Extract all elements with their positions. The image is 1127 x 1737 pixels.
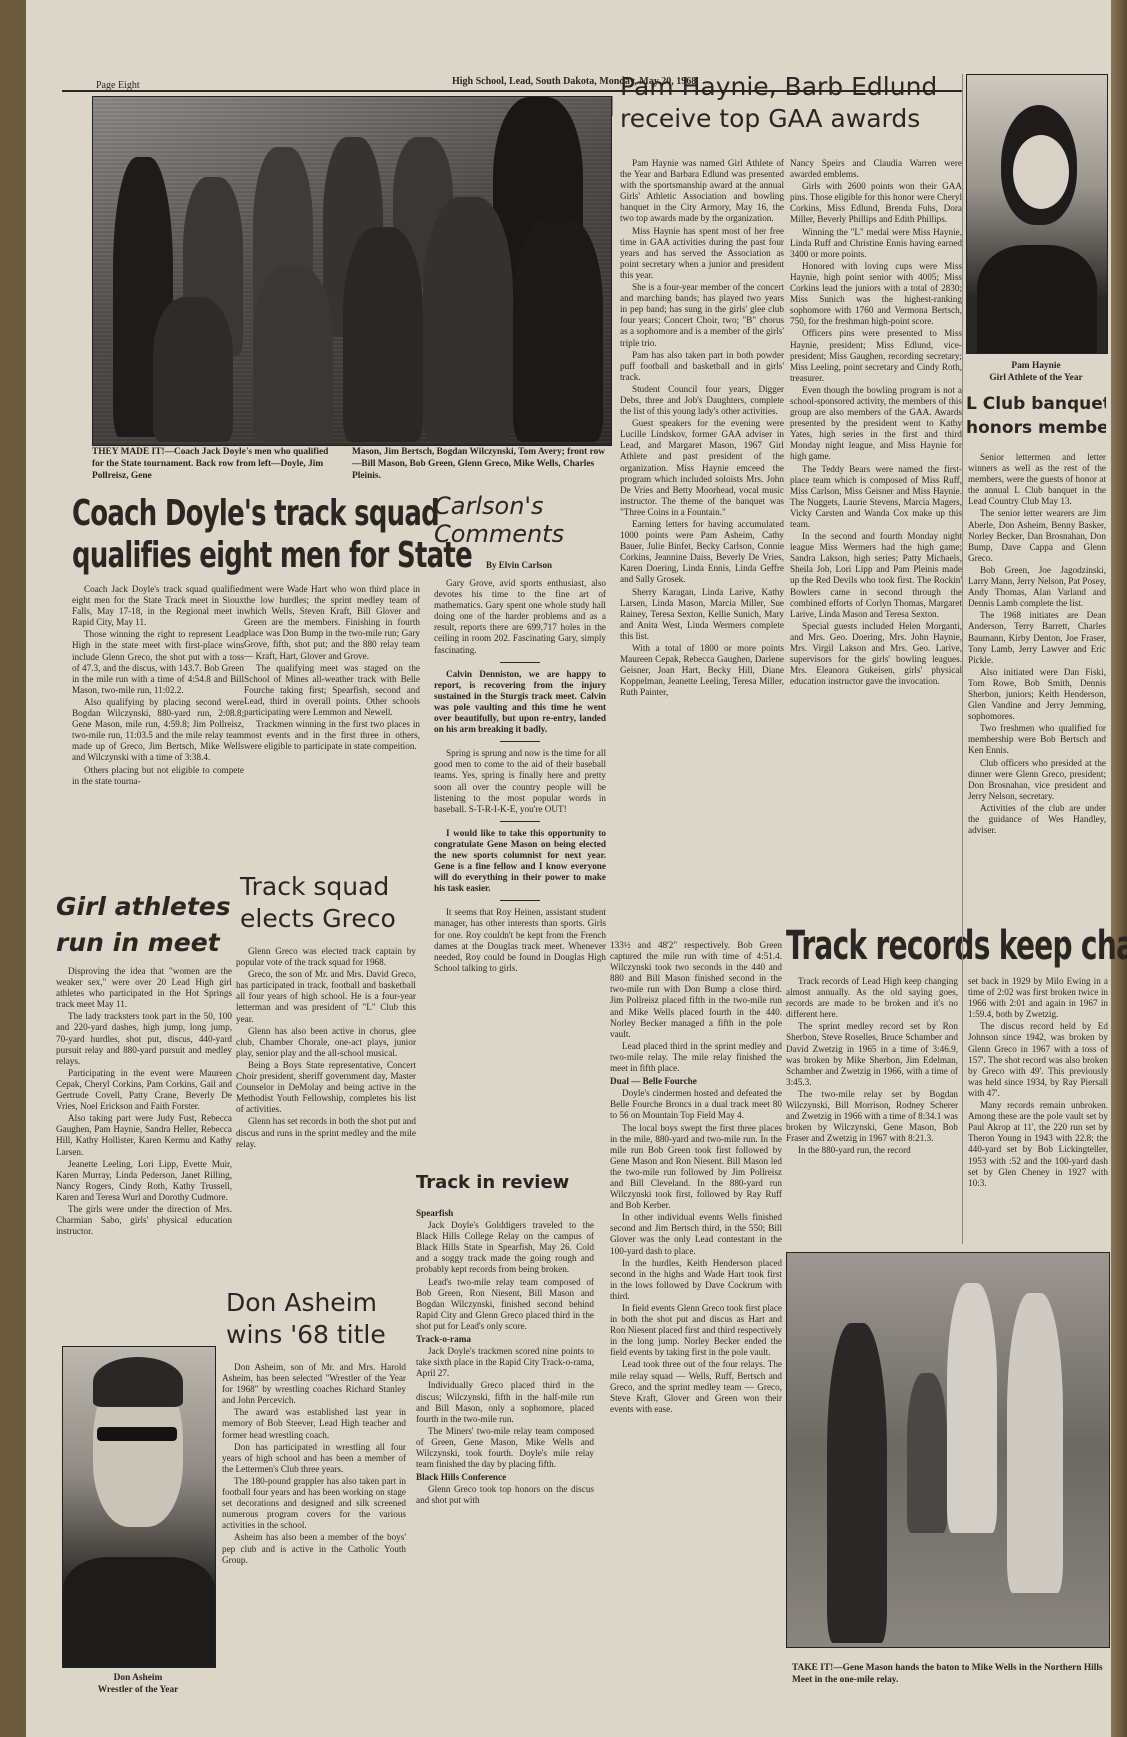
greco-headline-line2: elects Greco xyxy=(240,906,396,932)
divider xyxy=(500,900,540,901)
paragraph: The discus record held by Ed Johnson sin… xyxy=(968,1021,1108,1099)
lclub-article: Senior lettermen and letter winners as w… xyxy=(968,452,1106,920)
paragraph: Lead placed third in the sprint medley a… xyxy=(610,1041,782,1074)
lclub-headline-line2: honors members xyxy=(966,420,1106,438)
paragraph: Disproving the idea that "women are the … xyxy=(56,966,232,1010)
carlson-column: Gary Grove, avid sports enthusiast, also… xyxy=(434,578,606,1178)
paragraph: The sprint medley record set by Ron Sher… xyxy=(786,1021,958,1088)
haynie-caption-name: Pam Haynie xyxy=(966,360,1106,372)
relay-photo-caption: TAKE IT!—Gene Mason hands the baton to M… xyxy=(792,1662,1108,1686)
asheim-caption-name: Don Asheim xyxy=(62,1672,214,1684)
paragraph: Student Council four years, Digger Debs,… xyxy=(620,384,784,417)
paragraph: Also initiated were Dan Fiski, Tom Rowe,… xyxy=(968,667,1106,722)
greco-headline-line1: Track squad xyxy=(240,874,389,900)
asheim-caption-title: Wrestler of the Year xyxy=(62,1684,214,1696)
paragraph: Jack Doyle's Golddigers traveled to the … xyxy=(416,1220,594,1275)
paragraph: Even though the bowling program is not a… xyxy=(790,385,962,463)
paragraph: Don Asheim, son of Mr. and Mrs. Harold A… xyxy=(222,1362,406,1406)
column-divider xyxy=(612,96,613,116)
paragraph: The 180-pound grappler has also taken pa… xyxy=(222,1476,406,1531)
paragraph: Others placing but not eligible to compe… xyxy=(72,765,244,787)
greco-article: Glenn Greco was elected track captain by… xyxy=(236,946,416,1286)
paragraph: Pam has also taken part in both powder p… xyxy=(620,350,784,383)
column-divider xyxy=(962,74,963,1244)
paragraph: Glenn has set records in both the shot p… xyxy=(236,1116,416,1149)
asheim-headline-line2: wins '68 title xyxy=(226,1322,386,1348)
paragraph: Lead's two-mile relay team composed of B… xyxy=(416,1277,594,1332)
carlson-headline-line2: Comments xyxy=(434,522,564,547)
subheading: Track-o-rama xyxy=(416,1334,594,1345)
paragraph: Don has participated in wrestling all fo… xyxy=(222,1442,406,1475)
haynie-caption-title: Girl Athlete of the Year xyxy=(966,372,1106,384)
gaa-headline-line2: receive top GAA awards xyxy=(620,106,920,132)
paragraph: Trackmen winning in the first two places… xyxy=(244,719,420,752)
paragraph: Gary Grove, avid sports enthusiast, also… xyxy=(434,578,606,656)
paragraph: The 1968 initiates are Dean Anderson, Te… xyxy=(968,610,1106,665)
paragraph: Activities of the club are under the gui… xyxy=(968,803,1106,836)
records-col1: Track records of Lead High keep changing… xyxy=(786,976,958,1246)
paragraph: With a total of 1800 or more points Maur… xyxy=(620,643,784,698)
paragraph: Also taking part were Judy Fust, Rebecca… xyxy=(56,1113,232,1157)
paragraph: Spring is sprung and now is the time for… xyxy=(434,748,606,815)
paragraph: Sherry Karagan, Linda Larive, Kathy Lars… xyxy=(620,587,784,642)
paragraph: Those winning the right to represent Lea… xyxy=(72,629,244,696)
paragraph: Being a Boys State representative, Conce… xyxy=(236,1060,416,1115)
asheim-headline-line1: Don Asheim xyxy=(226,1290,377,1316)
paragraph: In the 880-yard run, the record xyxy=(786,1145,958,1156)
divider xyxy=(500,662,540,663)
paragraph: Honored with loving cups were Miss Hayni… xyxy=(790,261,962,328)
review-col1: Spearfish Jack Doyle's Golddigers travel… xyxy=(416,1206,594,1726)
paragraph: I would like to take this opportunity to… xyxy=(434,828,606,895)
paragraph: The girls were under the direction of Mr… xyxy=(56,1204,232,1237)
paragraph: Calvin Denniston, we are happy to report… xyxy=(434,669,606,736)
records-headline: Track records keep changing xyxy=(786,926,1127,966)
paragraph: The Miners' two-mile relay team composed… xyxy=(416,1426,594,1470)
girl-athletes-article: Disproving the idea that "women are the … xyxy=(56,966,232,1366)
paragraph: Individually Greco placed third in the d… xyxy=(416,1380,594,1424)
paragraph: Earning letters for having accumulated 1… xyxy=(620,519,784,586)
paragraph: Club officers who presided at the dinner… xyxy=(968,758,1106,802)
paragraph: Participating in the event were Maureen … xyxy=(56,1068,232,1112)
paragraph: Asheim has also been a member of the boy… xyxy=(222,1532,406,1565)
paragraph: Two freshmen who qualified for membershi… xyxy=(968,723,1106,756)
book-binding xyxy=(1111,0,1127,1737)
paragraph: The Teddy Bears were named the first-pla… xyxy=(790,464,962,531)
doyle-headline-line1: Coach Doyle's track squad xyxy=(72,496,439,532)
divider xyxy=(500,821,540,822)
paragraph: Glenn has also been active in chorus, gl… xyxy=(236,1026,416,1059)
relay-photo xyxy=(786,1252,1110,1648)
paragraph: Lead took three out of the four relays. … xyxy=(610,1359,782,1414)
paragraph: Jeanette Leeling, Lori Lipp, Evette Muir… xyxy=(56,1159,232,1203)
paragraph: Winning the "L" medal were Miss Haynie, … xyxy=(790,227,962,260)
review-col2: 133½ and 48'2" respectively. Bob Green c… xyxy=(610,940,782,1720)
paragraph: Guest speakers for the evening were Luci… xyxy=(620,418,784,518)
paragraph: The two-mile relay set by Bogdan Wilczyn… xyxy=(786,1089,958,1144)
team-photo xyxy=(92,96,612,446)
paragraph: Jack Doyle's trackmen scored nine points… xyxy=(416,1346,594,1379)
paragraph: The qualifying meet was staged on the Sc… xyxy=(244,663,420,718)
subheading: Black Hills Conference xyxy=(416,1472,594,1483)
carlson-byline: By Elvin Carlson xyxy=(434,560,604,570)
paragraph: Coach Jack Doyle's track squad qualified… xyxy=(72,584,244,628)
divider xyxy=(500,741,540,742)
girl-athletes-headline-line2: run in meet xyxy=(56,930,220,956)
asheim-portrait xyxy=(62,1346,216,1668)
paragraph: Girls with 2600 points won their GAA pin… xyxy=(790,181,962,225)
paragraph: set back in 1929 by Milo Ewing in a time… xyxy=(968,976,1108,1020)
gaa-article-col1: Pam Haynie was named Girl Athlete of the… xyxy=(620,158,784,926)
paragraph: Nancy Speirs and Claudia Warren were awa… xyxy=(790,158,962,180)
paragraph: Also qualifying by placing second were B… xyxy=(72,697,244,764)
paragraph: Special guests included Helen Morganti, … xyxy=(790,621,962,688)
paragraph: ment were Wade Hart who won third place … xyxy=(244,584,420,662)
doyle-headline-line2: qualifies eight men for State xyxy=(72,538,472,574)
doyle-article-col1: Coach Jack Doyle's track squad qualified… xyxy=(72,584,244,884)
paragraph: Greco, the son of Mr. and Mrs. David Gre… xyxy=(236,969,416,1024)
paragraph: It seems that Roy Heinen, assistant stud… xyxy=(434,907,606,974)
paragraph: In other individual events Wells finishe… xyxy=(610,1212,782,1256)
paragraph: She is a four-year member of the concert… xyxy=(620,282,784,349)
paragraph: In field events Glenn Greco took first p… xyxy=(610,1303,782,1358)
carlson-headline-line1: Carlson's xyxy=(434,494,544,519)
records-col2: set back in 1929 by Milo Ewing in a time… xyxy=(968,976,1108,1246)
lclub-headline-line1: L Club banquet xyxy=(966,396,1106,414)
paragraph: 133½ and 48'2" respectively. Bob Green c… xyxy=(610,940,782,1040)
doyle-article-col2: ment were Wade Hart who won third place … xyxy=(244,584,420,884)
paragraph: The lady tracksters took part in the 50,… xyxy=(56,1011,232,1066)
paragraph: Miss Haynie has spent most of her free t… xyxy=(620,226,784,281)
paragraph: The award was established last year in m… xyxy=(222,1407,406,1440)
paragraph: Pam Haynie was named Girl Athlete of the… xyxy=(620,158,784,225)
paragraph: Senior lettermen and letter winners as w… xyxy=(968,452,1106,507)
paragraph: Officers pins were presented to Miss Hay… xyxy=(790,328,962,383)
paragraph: In the second and fourth Monday night le… xyxy=(790,531,962,620)
paragraph: The local boys swept the first three pla… xyxy=(610,1123,782,1212)
paragraph: In the hurdles, Keith Henderson placed s… xyxy=(610,1258,782,1302)
team-photo-caption-left: THEY MADE IT!—Coach Jack Doyle's men who… xyxy=(92,446,342,482)
paragraph: The senior letter wearers are Jim Aberle… xyxy=(968,508,1106,563)
girl-athletes-headline-line1: Girl athletes xyxy=(56,894,231,920)
paragraph: Glenn Greco was elected track captain by… xyxy=(236,946,416,968)
subheading: Dual — Belle Fourche xyxy=(610,1076,782,1087)
team-photo-caption-right: Mason, Jim Bertsch, Bogdan Wilczynski, T… xyxy=(352,446,610,482)
paragraph: Doyle's cindermen hosted and defeated th… xyxy=(610,1088,782,1121)
gaa-article-col2: Nancy Speirs and Claudia Warren were awa… xyxy=(790,158,962,926)
gaa-headline-line1: Pam Haynie, Barb Edlund xyxy=(620,74,937,100)
paragraph: Track records of Lead High keep changing… xyxy=(786,976,958,1020)
review-headline: Track in review xyxy=(416,1174,569,1193)
paragraph: Glenn Greco took top honors on the discu… xyxy=(416,1484,594,1506)
paragraph: Bob Green, Joe Jagodzinski, Larry Mann, … xyxy=(968,565,1106,609)
paragraph: Many records remain unbroken. Among thes… xyxy=(968,1100,1108,1189)
haynie-portrait xyxy=(966,74,1108,354)
subheading: Spearfish xyxy=(416,1208,594,1219)
asheim-article: Don Asheim, son of Mr. and Mrs. Harold A… xyxy=(222,1362,406,1722)
